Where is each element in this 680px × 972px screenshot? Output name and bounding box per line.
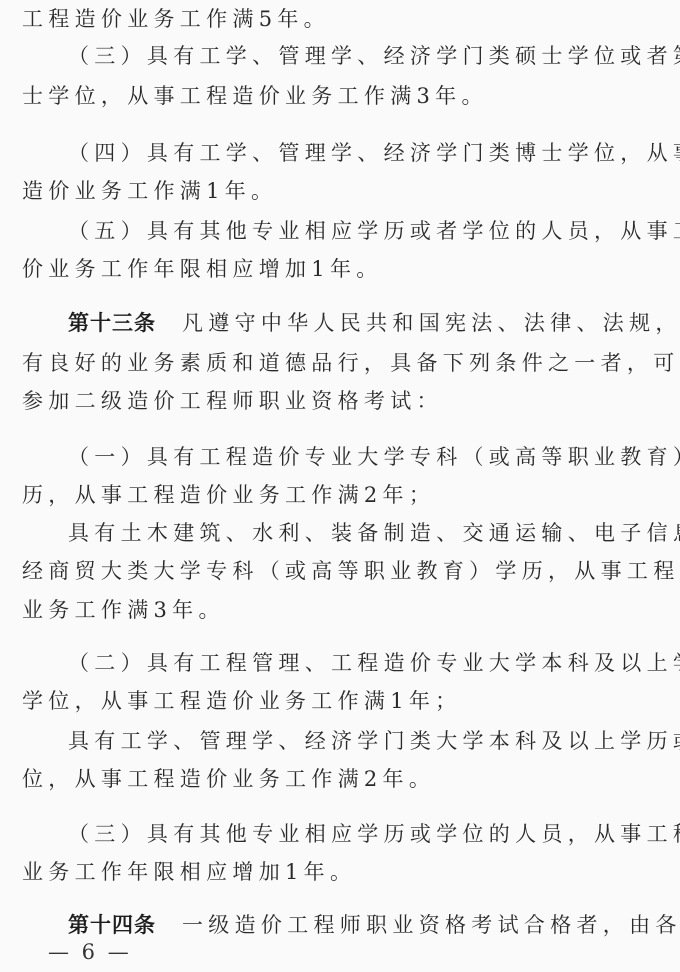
article-text: 一级造价工程师职业资格考试合格者，由各省、 [182,913,680,937]
article-heading: 第十三条 [68,311,156,335]
text-line: 位，从事工程造价业务工作满2年。 [22,764,662,794]
text-line: 有良好的业务素质和道德品行，具备下列条件之一者，可以申请 [22,348,662,378]
text-line: 具有工学、管理学、经济学门类大学本科及以上学历或学 [68,726,680,756]
text-line: 业务工作年限相应增加1年。 [22,857,662,887]
text-line: 具有土木建筑、水利、装备制造、交通运输、电子信息、财 [68,518,680,548]
text-line: （四）具有工学、管理学、经济学门类博士学位，从事工程 [68,138,680,168]
text-line: （三）具有其他专业相应学历或学位的人员，从事工程造价 [68,819,680,849]
text-line: 历，从事工程造价业务工作满2年； [22,480,662,510]
document-page: 工程造价业务工作满5年。 （三）具有工学、管理学、经济学门类硕士学位或者第二学 … [0,0,680,972]
text-line: 士学位，从事工程造价业务工作满3年。 [22,81,662,111]
text-line: 经商贸大类大学专科（或高等职业教育）学历，从事工程造价 [22,556,662,586]
text-line: 造价业务工作满1年。 [22,176,662,206]
article-13-line: 第十三条凡遵守中华人民共和国宪法、法律、法规，具 [68,308,680,338]
text-line: （一）具有工程造价专业大学专科（或高等职业教育）学 [68,442,680,472]
page-number: — 6 — [48,937,132,967]
text-line: （五）具有其他专业相应学历或者学位的人员，从事工程造 [68,216,680,246]
text-line: 学位，从事工程造价业务工作满1年； [22,686,662,716]
text-line: 工程造价业务工作满5年。 [22,4,662,34]
text-line: （三）具有工学、管理学、经济学门类硕士学位或者第二学 [68,41,680,71]
article-text: 凡遵守中华人民共和国宪法、法律、法规，具 [182,311,680,335]
text-line: （二）具有工程管理、工程造价专业大学本科及以上学历或 [68,648,680,678]
text-line: 参加二级造价工程师职业资格考试： [22,386,662,416]
article-heading: 第十四条 [68,913,156,937]
text-line: 价业务工作年限相应增加1年。 [22,254,662,284]
text-line: 业务工作满3年。 [22,595,662,625]
article-14-line: 第十四条一级造价工程师职业资格考试合格者，由各省、 [68,910,680,940]
